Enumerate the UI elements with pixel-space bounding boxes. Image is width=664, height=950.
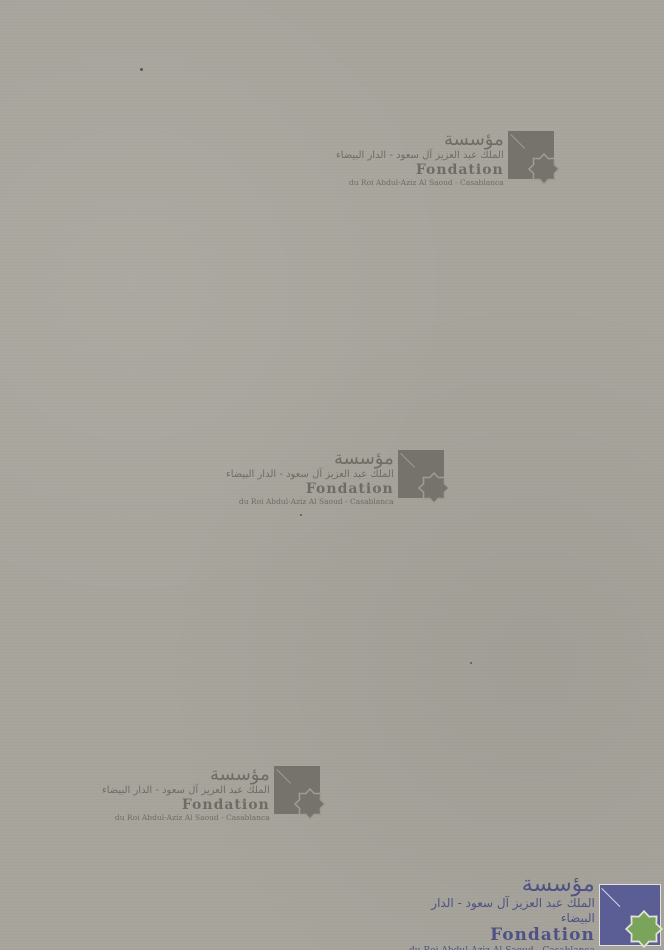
arabic-title: مؤسسة [396,874,595,896]
foundation-logo-icon [274,766,328,822]
paper-speck [300,514,302,516]
arabic-title: مؤسسة [102,766,270,784]
arabic-title: مؤسسة [226,450,394,468]
foundation-logo-icon [398,450,452,506]
french-title: Fondation [226,481,394,497]
french-title: Fondation [102,797,270,813]
foundation-logo-icon [508,131,562,187]
arabic-subtitle: الملك عبد العزيز آل سعود - الدار البيضاء [226,468,394,481]
french-title: Fondation [336,162,504,178]
foundation-stamp-2: مؤسسة الملك عبد العزيز آل سعود - الدار ا… [226,450,452,507]
arabic-title: مؤسسة [336,131,504,149]
french-title: Fondation [396,926,595,945]
french-subtitle: du Roi Abdul-Aziz Al Saoud - Casablanca [102,813,270,823]
french-subtitle: du Roi Abdul-Aziz Al Saoud - Casablanca [396,945,595,950]
french-subtitle: du Roi Abdul-Aziz Al Saoud - Casablanca [336,178,504,188]
paper-speck [470,662,472,664]
foundation-stamp-3: مؤسسة الملك عبد العزيز آل سعود - الدار ا… [102,766,328,823]
paper-speck [140,68,143,71]
foundation-stamp-1: مؤسسة الملك عبد العزيز آل سعود - الدار ا… [336,131,562,188]
french-subtitle: du Roi Abdul-Aziz Al Saoud - Casablanca [226,497,394,507]
foundation-stamp-color: مؤسسة الملك عبد العزيز آل سعود - الدار ا… [396,874,664,950]
arabic-subtitle: الملك عبد العزيز آل سعود - الدار البيضاء [336,149,504,162]
foundation-logo-icon [599,874,664,946]
arabic-subtitle: الملك عبد العزيز آل سعود - الدار البيضاء [396,896,595,926]
arabic-subtitle: الملك عبد العزيز آل سعود - الدار البيضاء [102,784,270,797]
